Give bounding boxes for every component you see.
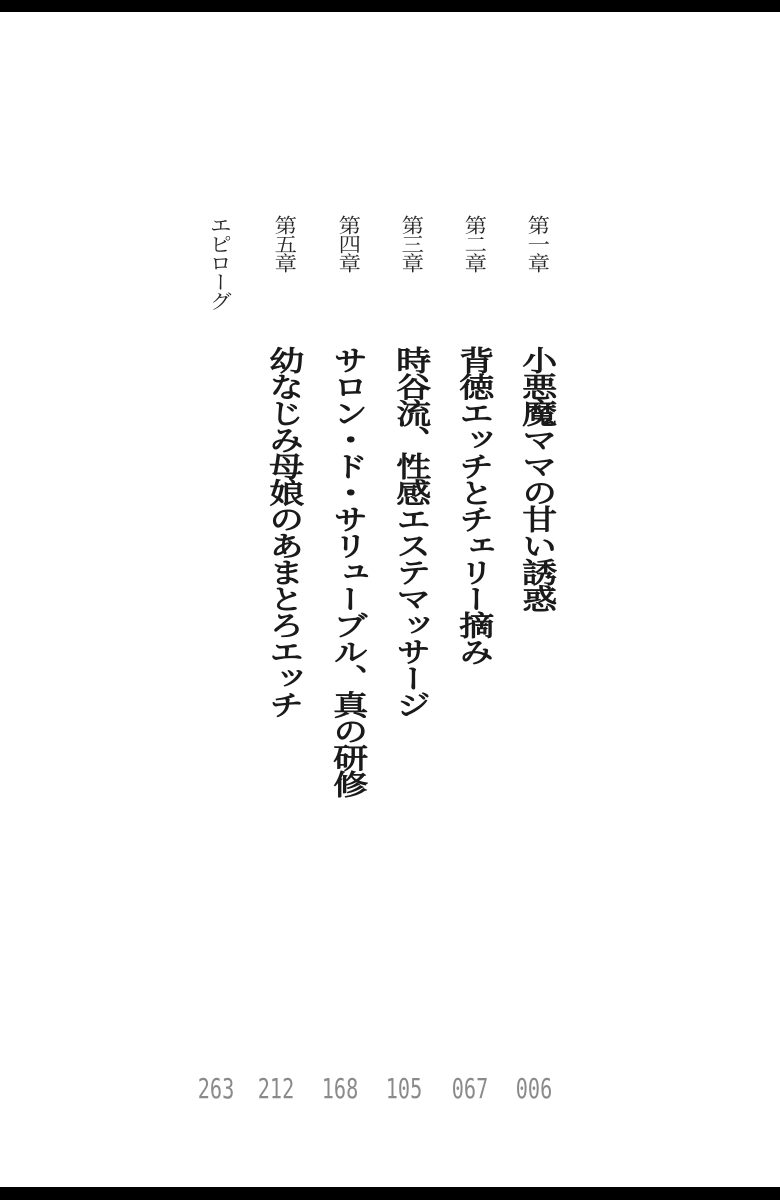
page-number-4: 168 [322,1072,358,1105]
chapter-label-5: 第五章 [272,215,294,272]
chapter-label-4: 第四章 [336,215,358,272]
chapter-title-1: 小悪魔ママの甘い誘惑 [519,346,554,611]
page-number-5: 212 [258,1072,294,1105]
chapter-title-3: 時谷流、性感エステマッサージ [393,346,428,717]
chapter-title-2: 背徳エッチとチェリー摘み [456,346,491,664]
chapter-title-5: 幼なじみ母娘のあまとろエッチ [266,346,301,717]
page-number-1: 006 [516,1072,552,1105]
chapter-label-3: 第三章 [399,215,421,272]
chapter-label-epilogue: エピローグ [207,215,229,310]
top-letterbox-bar [0,0,780,12]
page-number-2: 067 [452,1072,488,1105]
chapter-label-2: 第二章 [462,215,484,272]
page-number-3: 105 [386,1072,422,1105]
bottom-letterbox-bar [0,1187,780,1200]
chapter-label-1: 第一章 [525,215,547,272]
page-number-epilogue: 263 [198,1072,234,1105]
chapter-title-4: サロン・ド・サリューブル、真の研修 [330,346,365,797]
